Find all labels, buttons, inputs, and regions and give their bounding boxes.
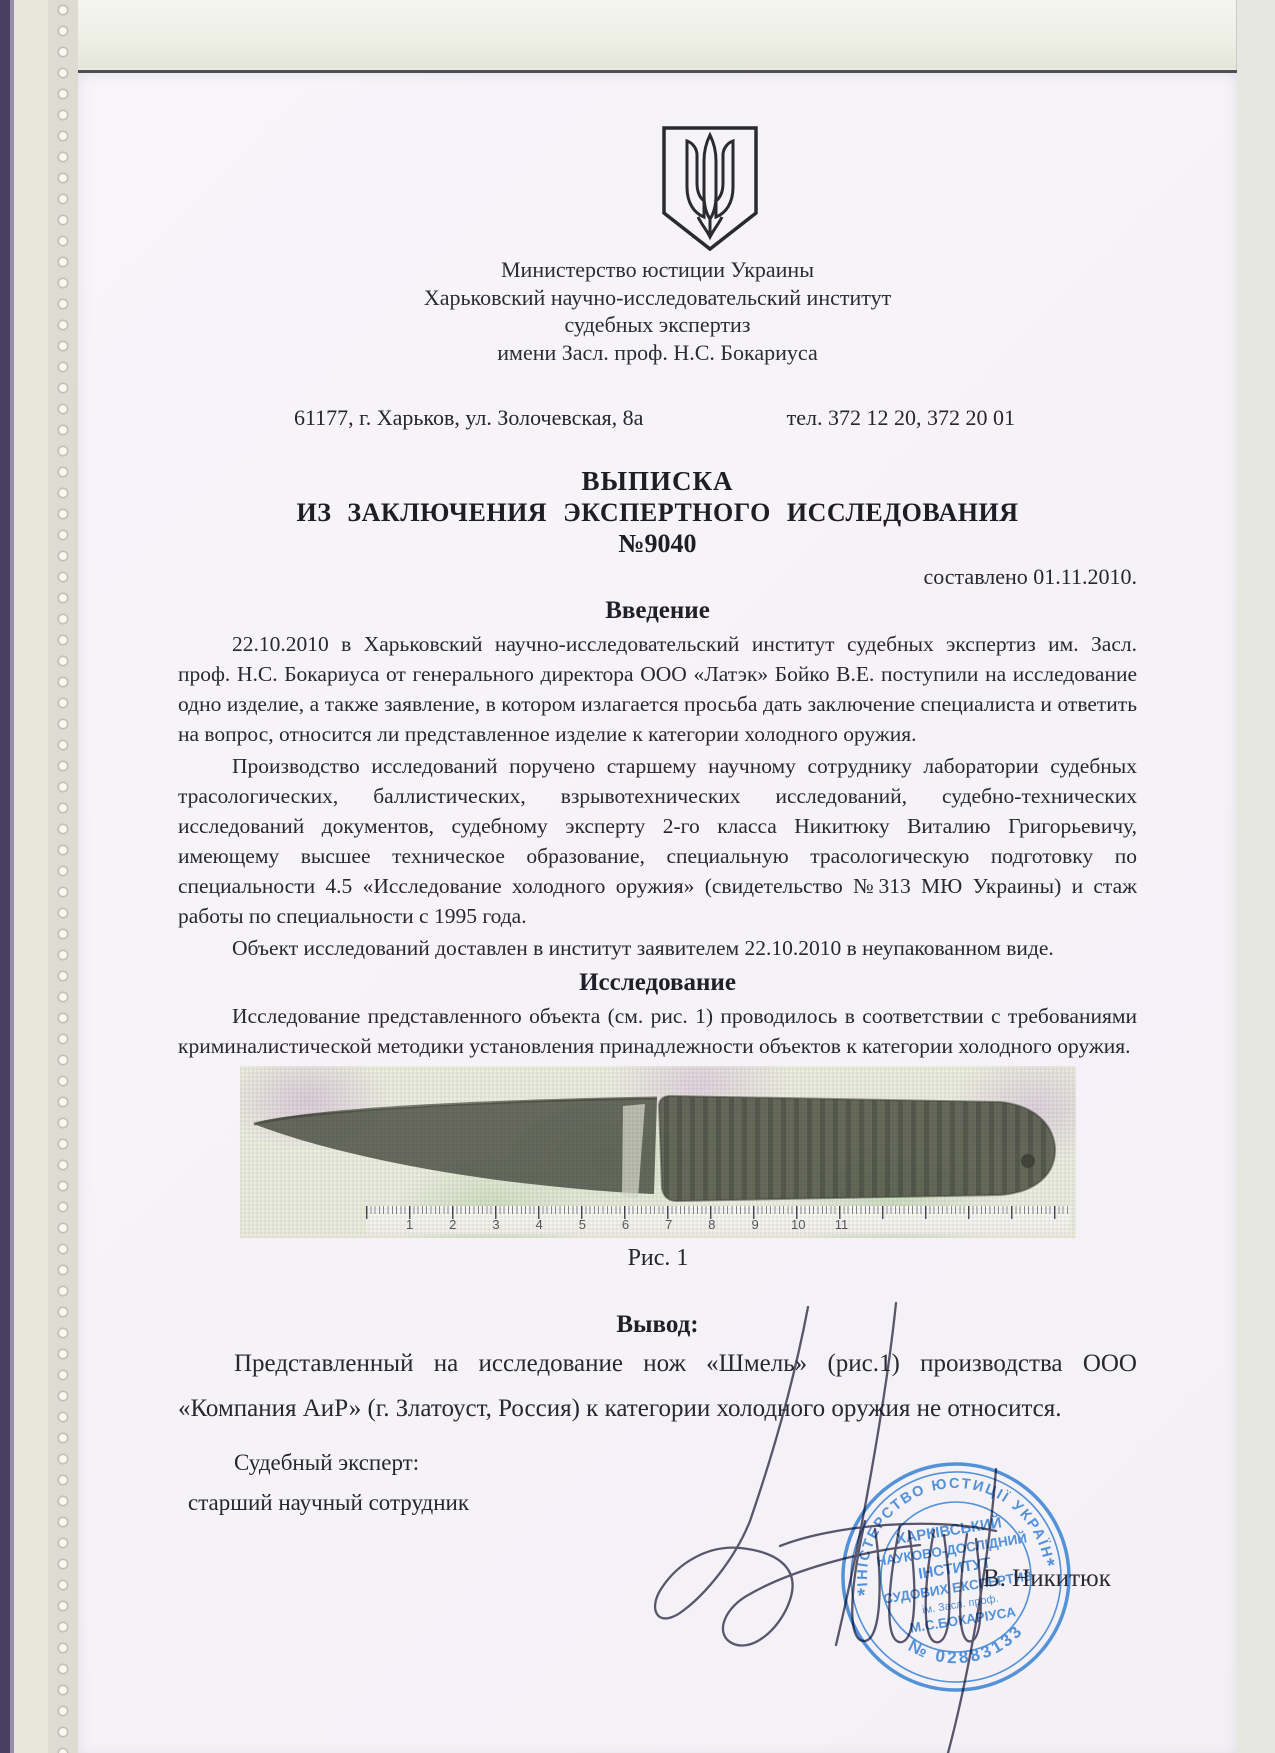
org-line: Министерство юстиции Украины [178, 256, 1137, 284]
knife-photo: 1 2 3 4 5 6 7 8 9 10 11 [240, 1066, 1076, 1238]
section-heading-research: Исследование [178, 967, 1137, 999]
binder-perforations [48, 0, 78, 1753]
organization-header: Министерство юстиции Украины Харьковский… [178, 256, 1137, 366]
document-paper: Министерство юстиции Украины Харьковский… [78, 70, 1237, 1753]
postal-address: 61177, г. Харьков, ул. Золочевская, 8а [294, 404, 643, 432]
title-number: №9040 [178, 528, 1137, 559]
ruler-numbers: 1 2 3 4 5 6 7 8 9 10 11 [388, 1217, 1070, 1232]
org-line: Харьковский научно-исследовательский инс… [178, 284, 1137, 312]
emblem-area [178, 125, 1137, 253]
ukraine-trident-emblem-icon [660, 125, 760, 253]
address-row: 61177, г. Харьков, ул. Золочевская, 8а т… [178, 404, 1137, 432]
document-title: ВЫПИСКА ИЗ ЗАКЛЮЧЕНИЯ ЭКСПЕРТНОГО ИССЛЕД… [178, 466, 1137, 559]
phone-numbers: тел. 372 12 20, 372 20 01 [787, 404, 1015, 432]
compiled-date: составлено 01.11.2010. [178, 563, 1137, 591]
expert-name: В. Никитюк [983, 1565, 1111, 1593]
intro-paragraph-1: 22.10.2010 в Харьковский научно-исследов… [178, 629, 1137, 749]
figure-1: 1 2 3 4 5 6 7 8 9 10 11 [240, 1066, 1076, 1273]
intro-paragraph-2: Производство исследований поручено старш… [178, 751, 1137, 931]
photo-ruler: 1 2 3 4 5 6 7 8 9 10 11 [366, 1206, 1070, 1234]
title-line-1: ВЫПИСКА [178, 466, 1137, 497]
scan-right-edge [1236, 0, 1275, 1753]
handwritten-signature [598, 1289, 1008, 1753]
org-line: судебных экспертиз [178, 311, 1137, 339]
research-paragraph-1: Исследование представленного объекта (см… [178, 1001, 1137, 1061]
figure-caption: Рис. 1 [240, 1243, 1076, 1273]
section-heading-introduction: Введение [178, 595, 1137, 627]
org-line: имени Засл. проф. Н.С. Бокариуса [178, 339, 1137, 367]
sleeve-edge-top [0, 0, 1275, 68]
title-line-2: ИЗ ЗАКЛЮЧЕНИЯ ЭКСПЕРТНОГО ИССЛЕДОВАНИЯ [178, 497, 1137, 528]
intro-paragraph-3: Объект исследований доставлен в институт… [178, 933, 1137, 963]
